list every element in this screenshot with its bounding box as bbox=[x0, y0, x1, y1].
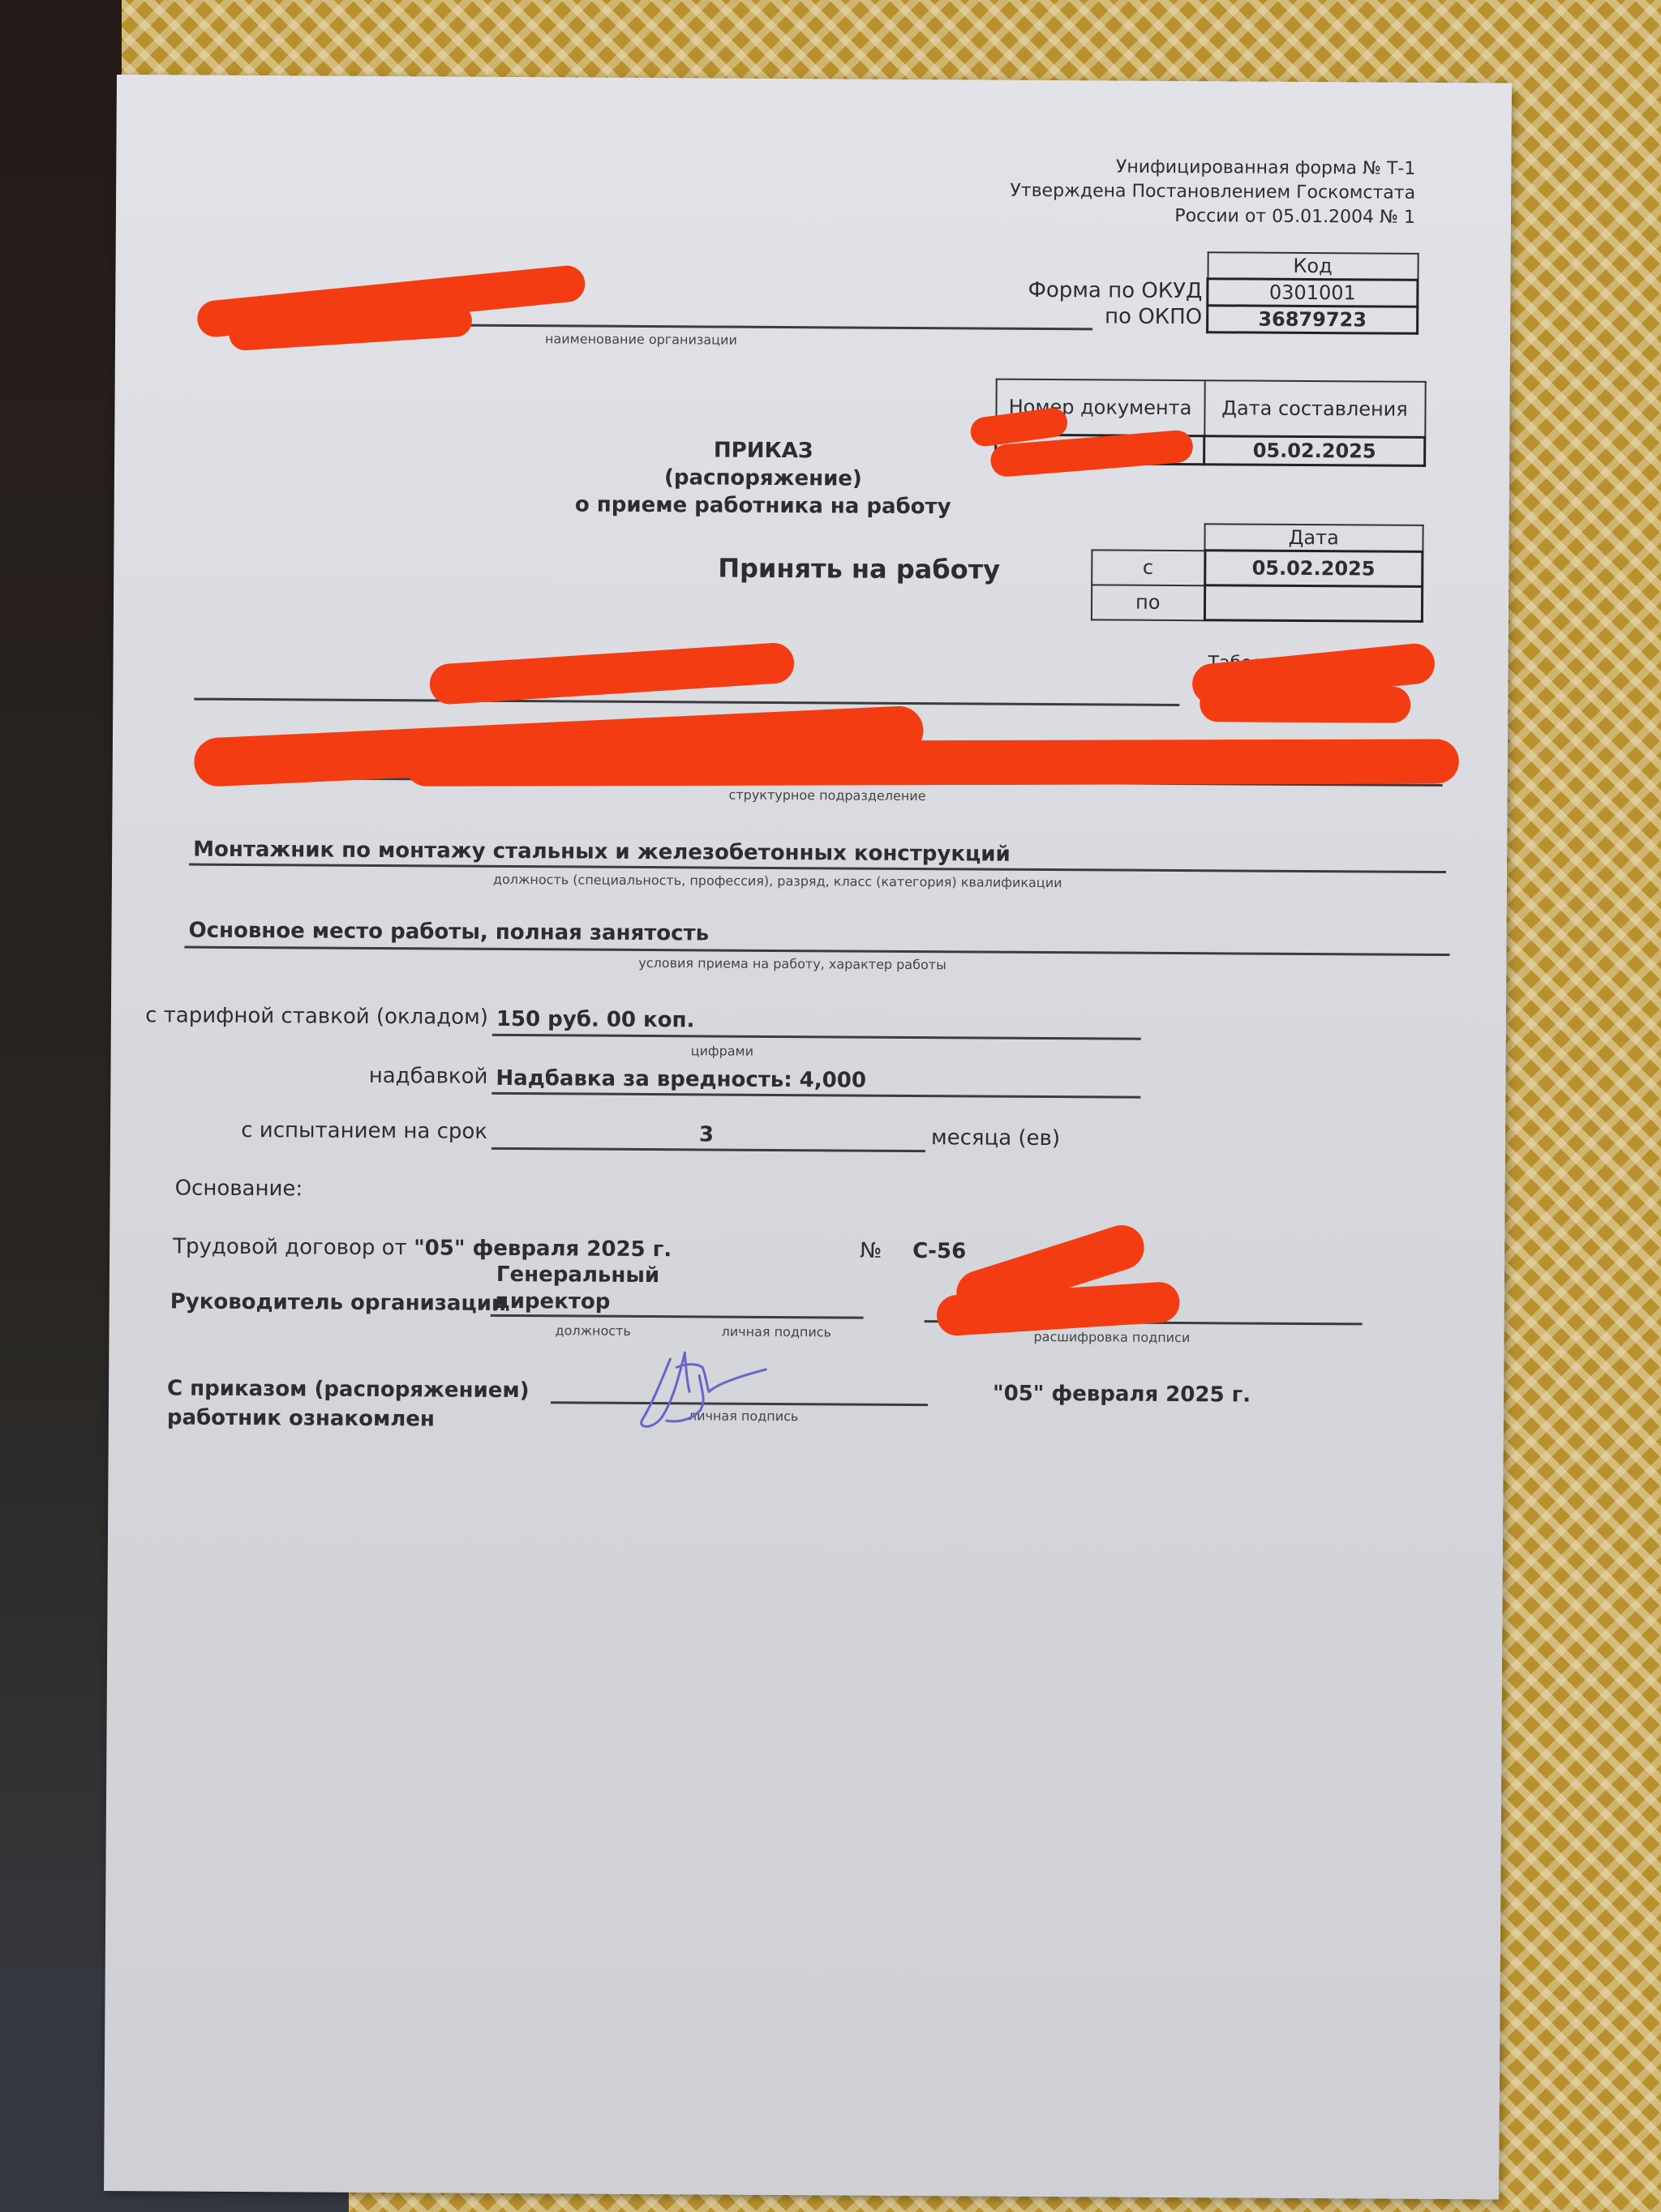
salary-line bbox=[492, 1034, 1141, 1040]
contract-date: "05" февраля 2025 г. bbox=[414, 1236, 672, 1262]
okud-value: 0301001 bbox=[1208, 279, 1418, 307]
bonus-line bbox=[491, 1092, 1140, 1099]
probation-line bbox=[491, 1147, 925, 1152]
probation-label: с испытанием на срок bbox=[241, 1118, 487, 1144]
document-date-header: Дата составления bbox=[1204, 380, 1425, 437]
position-value: Монтажник по монтажу стальных и железобе… bbox=[193, 838, 1011, 867]
okpo-label: по ОКПО bbox=[1105, 304, 1202, 329]
bonus-value: Надбавка за вредность: 4,000 bbox=[496, 1066, 866, 1093]
head-caption-decoding: расшифровка подписи bbox=[1033, 1329, 1190, 1345]
salary-caption: цифрами bbox=[691, 1043, 754, 1058]
head-position-line1: Генеральный bbox=[496, 1262, 659, 1288]
codes-table: Код 0301001 36879723 bbox=[1206, 251, 1419, 335]
form-header: Унифицированная форма № Т-1 Утверждена П… bbox=[1010, 155, 1415, 230]
head-signature-line bbox=[491, 1314, 864, 1319]
hire-from-value: 05.02.2025 bbox=[1204, 551, 1423, 587]
organization-caption: наименование организации bbox=[545, 331, 737, 347]
document-date-value: 05.02.2025 bbox=[1204, 436, 1425, 466]
ack-date: "05" февраля 2025 г. bbox=[993, 1382, 1251, 1408]
salary-label: с тарифной ставкой (окладом) bbox=[145, 1003, 488, 1030]
form-header-line3: России от 05.01.2004 № 1 bbox=[1010, 204, 1415, 230]
employee-signature bbox=[628, 1343, 775, 1433]
contract-number-sign: № bbox=[860, 1239, 882, 1263]
head-caption-position: должность bbox=[555, 1322, 630, 1339]
head-position-line2: директор bbox=[493, 1289, 611, 1314]
order-subtitle: (распоряжение) bbox=[577, 465, 950, 491]
bonus-label: надбавкой bbox=[369, 1064, 488, 1089]
hire-dates-table: Дата с 05.02.2025 по bbox=[1091, 522, 1424, 623]
head-caption-signature: личная подпись bbox=[721, 1324, 831, 1340]
redaction-employee-name bbox=[428, 641, 795, 705]
position-caption: должность (специальность, профессия), ра… bbox=[493, 872, 1062, 890]
document-paper: Унифицированная форма № Т-1 Утверждена П… bbox=[104, 75, 1512, 2199]
dark-background-left bbox=[0, 0, 122, 2212]
order-title: ПРИКАЗ bbox=[577, 437, 950, 464]
redaction-department-2 bbox=[405, 739, 1459, 786]
code-header: Код bbox=[1208, 252, 1418, 280]
conditions-value: Основное место работы, полная занятость bbox=[188, 919, 709, 946]
conditions-line bbox=[184, 946, 1449, 957]
probation-unit: месяца (ев) bbox=[931, 1125, 1060, 1151]
contract-label: Трудовой договор от bbox=[173, 1234, 407, 1260]
ack-line1: С приказом (распоряжением) bbox=[167, 1376, 530, 1403]
contract-number: С-56 bbox=[912, 1239, 966, 1263]
order-description: о приеме работника на работу bbox=[496, 492, 1031, 520]
hire-date-header: Дата bbox=[1204, 524, 1423, 551]
ack-line2: работник ознакомлен bbox=[167, 1405, 435, 1431]
salary-value: 150 руб. 00 коп. bbox=[496, 1007, 695, 1032]
conditions-caption: условия приема на работу, характер работ… bbox=[638, 955, 946, 972]
hire-to-label: по bbox=[1092, 585, 1204, 620]
redaction-tab-number-2 bbox=[1200, 685, 1410, 723]
hire-from-label: с bbox=[1092, 550, 1204, 585]
department-caption: структурное подразделение bbox=[729, 787, 926, 804]
form-header-line1: Унифицированная форма № Т-1 bbox=[1010, 155, 1415, 182]
employee-name-line bbox=[194, 698, 1179, 706]
basis-label: Основание: bbox=[175, 1176, 303, 1201]
form-header-line2: Утверждена Постановлением Госкомстата bbox=[1010, 179, 1415, 206]
probation-value: 3 bbox=[491, 1121, 921, 1148]
okpo-value: 36879723 bbox=[1208, 306, 1418, 334]
hire-label: Принять на работу bbox=[718, 553, 1000, 585]
hire-to-value bbox=[1204, 585, 1423, 622]
okud-label: Форма по ОКУД bbox=[1028, 278, 1202, 303]
head-label: Руководитель организации bbox=[170, 1289, 507, 1316]
